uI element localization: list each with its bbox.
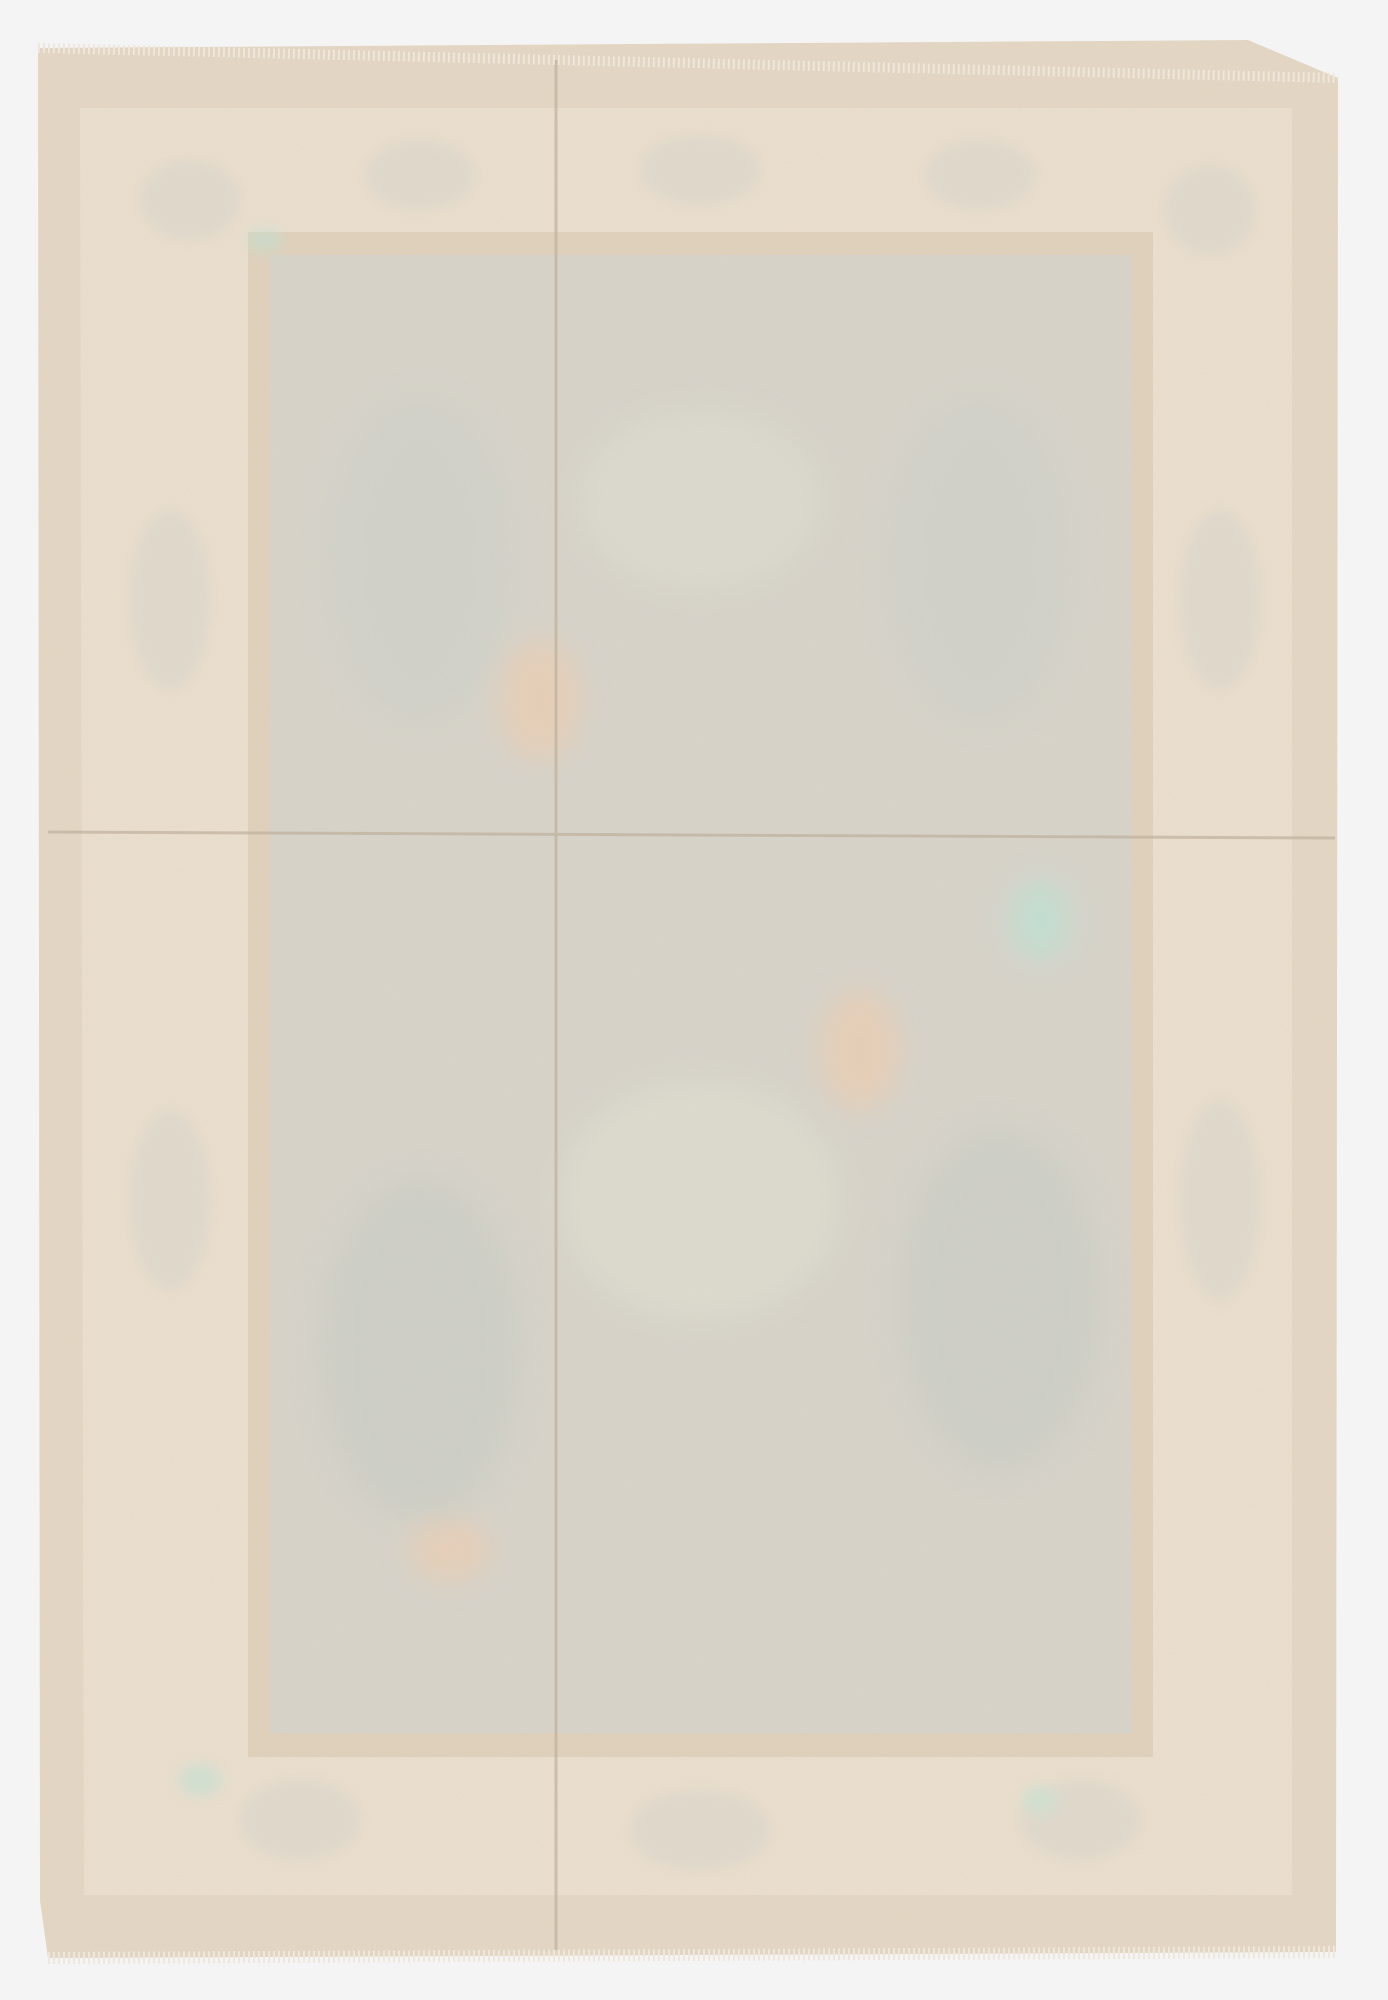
rug-photo (0, 0, 1388, 2000)
rug (38, 40, 1338, 1958)
